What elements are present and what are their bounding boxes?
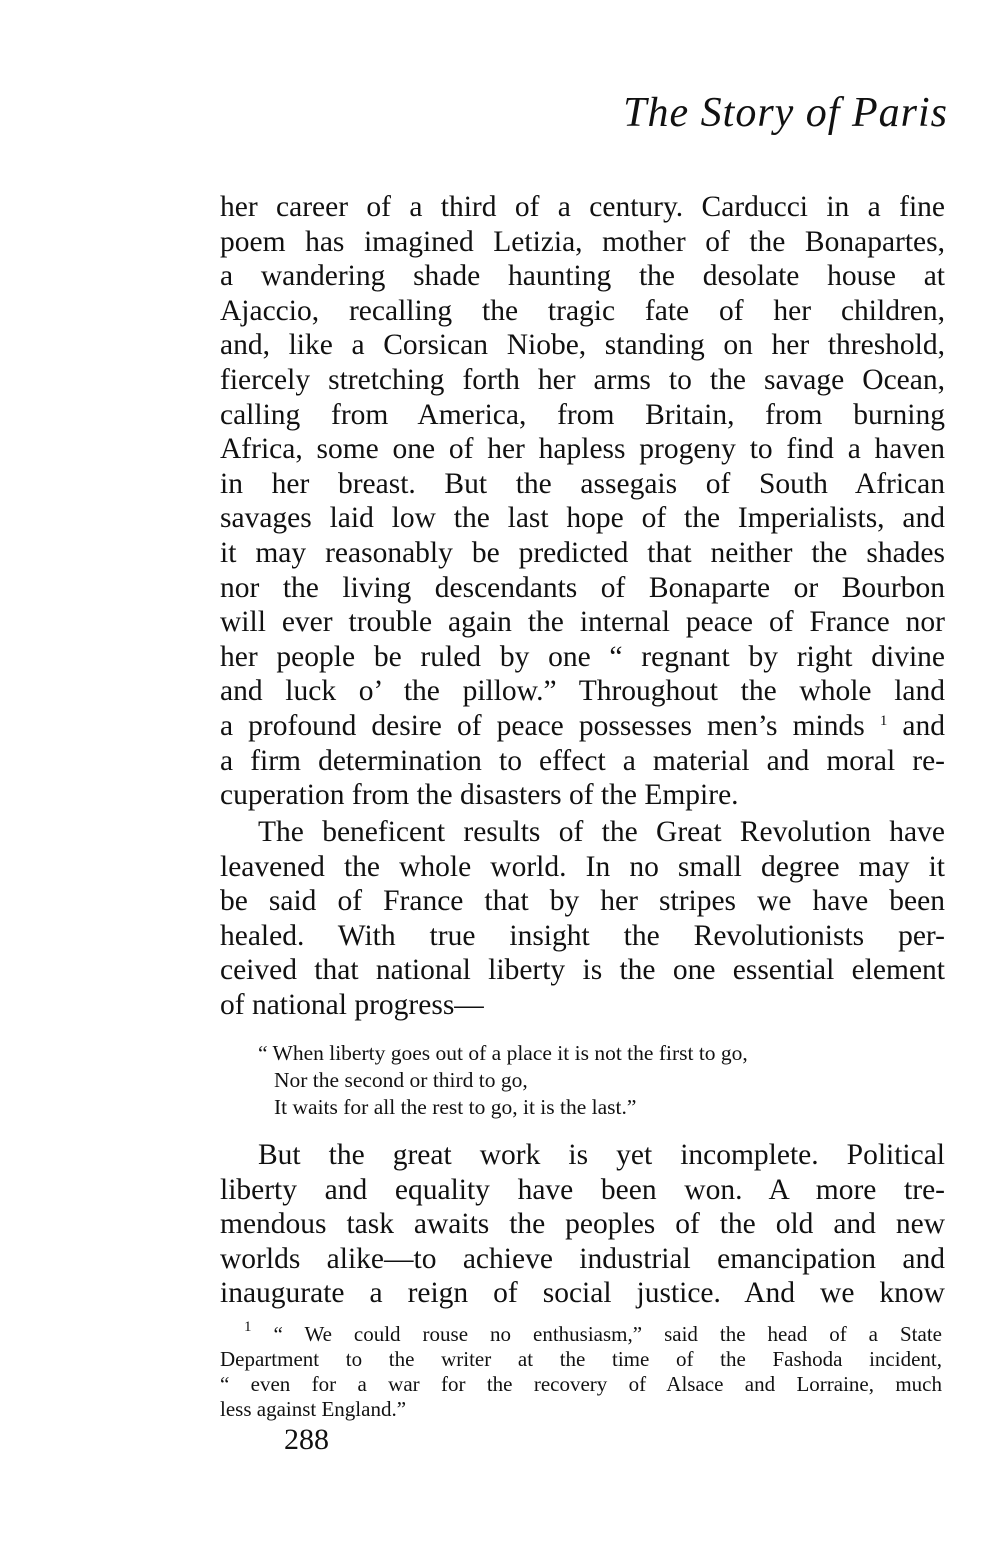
running-head: The Story of Paris (623, 92, 948, 134)
text-line: ceived that national liberty is the one … (220, 953, 945, 988)
verse-quotation: “ When liberty goes out of a place it is… (258, 1040, 948, 1121)
text-line: Ajaccio, recalling the tragic fate of he… (220, 294, 945, 329)
text-line: a firm determination to effect a materia… (220, 744, 945, 779)
footnote-line: “ even for a war for the recovery of Als… (220, 1372, 942, 1397)
text-line: cuperation from the disasters of the Emp… (220, 778, 945, 813)
text-line: inaugurate a reign of social justice. An… (220, 1276, 945, 1311)
verse-line: “ When liberty goes out of a place it is… (258, 1040, 948, 1067)
footnote-reference[interactable]: 1 (880, 713, 888, 729)
text-line: and luck o’ the pillow.” Throughout the … (220, 674, 945, 709)
text-line: of national progress— (220, 988, 945, 1023)
text-line: fiercely stretching forth her arms to th… (220, 363, 945, 398)
text-line: healed. With true insight the Revolution… (220, 919, 945, 954)
text-line: nor the living descendants of Bonaparte … (220, 571, 945, 606)
footnote-line: 1 “ We could rouse no enthusiasm,” said … (220, 1322, 942, 1347)
footnote-text: “ We could rouse no enthusiasm,” said th… (274, 1322, 943, 1346)
text-line: leavened the whole world. In no small de… (220, 850, 945, 885)
text-line: will ever trouble again the internal pea… (220, 605, 945, 640)
text-line: mendous task awaits the peoples of the o… (220, 1207, 945, 1242)
text-segment: and (902, 710, 945, 742)
verse-line: It waits for all the rest to go, it is t… (258, 1094, 948, 1121)
text-line-with-footnote-ref: a profound desire of peace possesses men… (220, 709, 945, 744)
paragraph-3: But the great work is yet incomplete. Po… (220, 1138, 945, 1311)
text-line: her people be ruled by one “ regnant by … (220, 640, 945, 675)
text-line: But the great work is yet incomplete. Po… (220, 1138, 945, 1173)
page-number: 288 (284, 1425, 329, 1455)
text-line: be said of France that by her stripes we… (220, 884, 945, 919)
footnote-line: Department to the writer at the time of … (220, 1347, 942, 1372)
text-line: worlds alike—to achieve industrial emanc… (220, 1242, 945, 1277)
footnote-line: less against England.” (220, 1397, 942, 1422)
verse-line: Nor the second or third to go, (258, 1067, 948, 1094)
text-line: Africa, some one of her hapless progeny … (220, 432, 945, 467)
footnote: 1 “ We could rouse no enthusiasm,” said … (220, 1322, 942, 1422)
text-line: her career of a third of a century. Card… (220, 190, 945, 225)
text-line: liberty and equality have been won. A mo… (220, 1173, 945, 1208)
text-line: a wandering shade haunting the desolate … (220, 259, 945, 294)
text-line: and, like a Corsican Niobe, standing on … (220, 328, 945, 363)
text-line: calling from America, from Britain, from… (220, 398, 945, 433)
text-line: savages laid low the last hope of the Im… (220, 501, 945, 536)
text-segment: a profound desire of peace possesses men… (220, 710, 865, 742)
paragraph-1: her career of a third of a century. Card… (220, 190, 945, 813)
paragraph-2: The beneficent results of the Great Revo… (220, 815, 945, 1023)
footnote-marker: 1 (244, 1319, 252, 1335)
text-line: in her breast. But the assegais of South… (220, 467, 945, 502)
text-line: it may reasonably be predicted that neit… (220, 536, 945, 571)
text-line: poem has imagined Letizia, mother of the… (220, 225, 945, 260)
text-line: The beneficent results of the Great Revo… (220, 815, 945, 850)
